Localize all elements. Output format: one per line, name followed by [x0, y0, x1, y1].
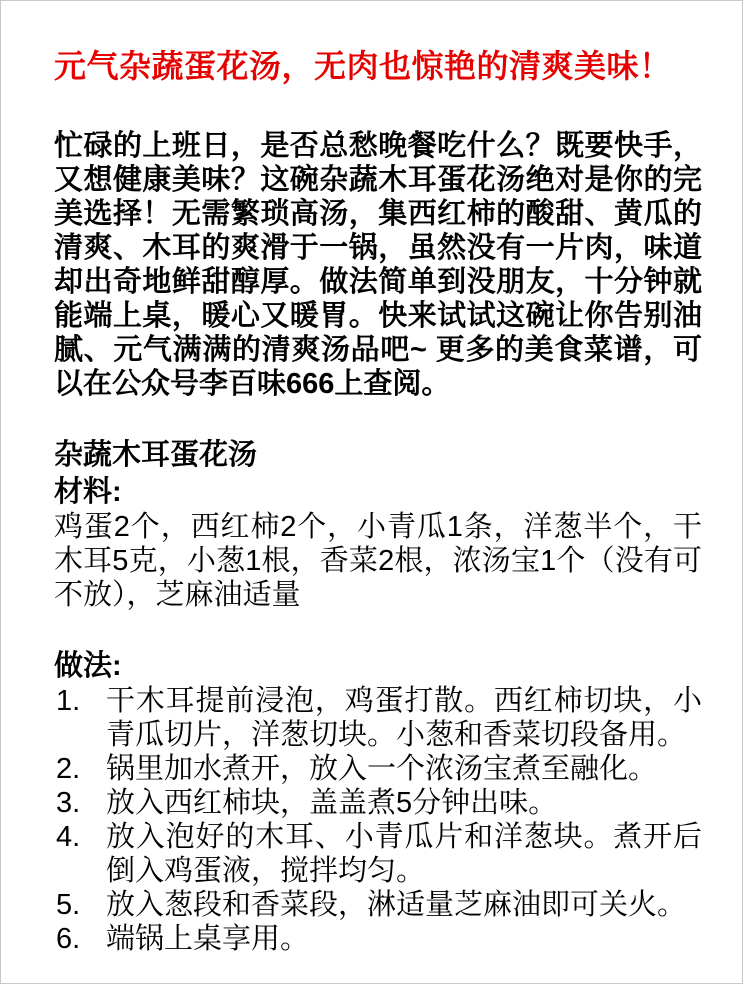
step-item: 放入西红柿块，盖盖煮5分钟出味。 — [54, 786, 702, 820]
step-item: 端锅上桌享用。 — [54, 922, 702, 956]
ingredients-label: 材料: — [54, 474, 702, 510]
page-title: 元气杂蔬蛋花汤，无肉也惊艳的清爽美味！ — [54, 47, 702, 85]
steps-list: 干木耳提前浸泡，鸡蛋打散。西红柿切块，小青瓜切片，洋葱切块。小葱和香菜切段备用。… — [54, 684, 702, 956]
steps-label: 做法: — [54, 648, 702, 684]
recipe-page: { "page": { "title": "元气杂蔬蛋花汤，无肉也惊艳的清爽美味… — [0, 0, 743, 984]
step-item: 放入泡好的木耳、小青瓜片和洋葱块。煮开后倒入鸡蛋液，搅拌均匀。 — [54, 820, 702, 888]
recipe-name: 杂蔬木耳蛋花汤 — [54, 437, 702, 474]
article-content: 元气杂蔬蛋花汤，无肉也惊艳的清爽美味！ 忙碌的上班日，是否总愁晚餐吃什么？既要快… — [1, 1, 742, 956]
step-item: 锅里加水煮开，放入一个浓汤宝煮至融化。 — [54, 752, 702, 786]
ingredients-text: 鸡蛋2个，西红柿2个，小青瓜1条，洋葱半个，干木耳5克，小葱1根，香菜2根，浓汤… — [54, 510, 702, 612]
step-item: 放入葱段和香菜段，淋适量芝麻油即可关火。 — [54, 888, 702, 922]
intro-paragraph: 忙碌的上班日，是否总愁晚餐吃什么？既要快手，又想健康美味？这碗杂蔬木耳蛋花汤绝对… — [54, 129, 702, 401]
step-item: 干木耳提前浸泡，鸡蛋打散。西红柿切块，小青瓜切片，洋葱切块。小葱和香菜切段备用。 — [54, 684, 702, 752]
